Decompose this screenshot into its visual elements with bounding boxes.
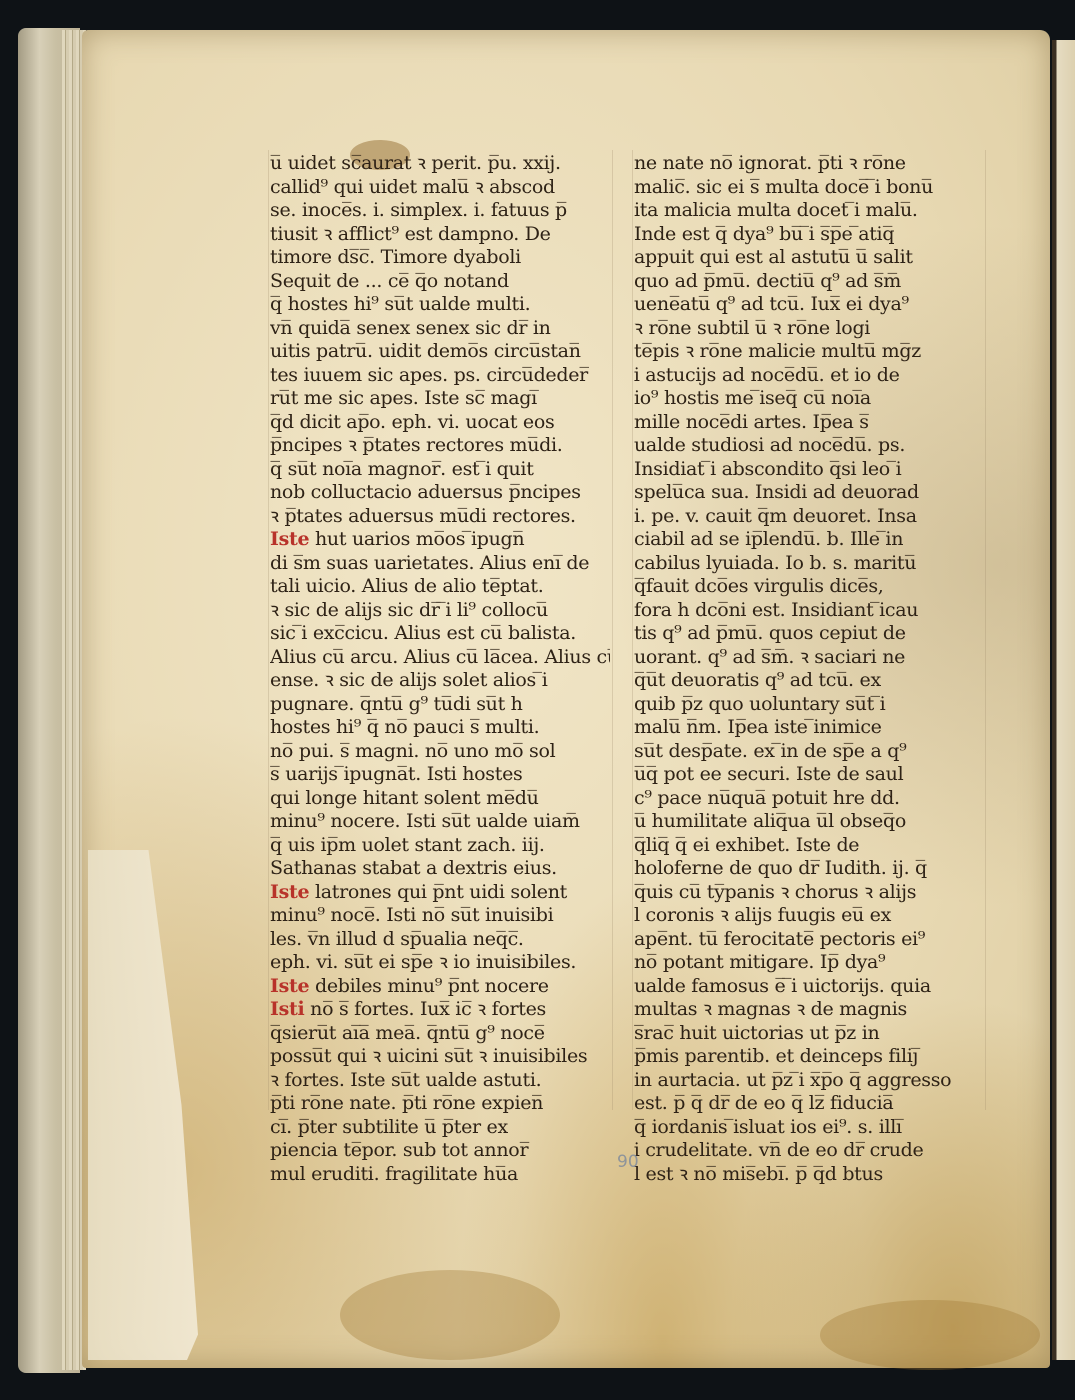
text-line: ne nat̅e no̅ ignorat. p̅ti ꝛ ro̅ne <box>634 152 974 176</box>
facing-page-edge <box>1052 40 1075 1360</box>
text-line: no̅ potant mitigare. Ip̅ dya⁹ <box>634 951 974 975</box>
text-line: Inde est q̅ dya⁹ bu̅ ̅i s̅p̅e ̅atiq̅ <box>634 223 974 247</box>
text-line: c⁹ pace nu̅qua̅ potuit h̅re dd̅. <box>634 787 974 811</box>
text-line: p̅ti ro̅ne nat̅e. p̅ti ro̅ne expien̅ <box>270 1092 610 1116</box>
text-line: Alius cu̅ arcu. Alius cu̅ la̅cea. Alius … <box>270 646 610 670</box>
text-line: les. v̅n illud d̅ sp̅ualia neq̅c̅. <box>270 928 610 952</box>
text-line: ̅i crudelitate. vn̅ de eo dr̅ crude <box>634 1139 974 1163</box>
text-line: s̅rac̅ h̅uit uictorias ut p̅z in <box>634 1022 974 1046</box>
text-line: eph. vi. su̅t ei sp̅e ꝛ io inuisibiles. <box>270 951 610 975</box>
text-line: q̅ iordanis ̅isluat ios ei⁹. s. illi̅ <box>634 1116 974 1140</box>
text-line: holoferne de quo dr̅ Iudith. ij. q̅ <box>634 857 974 881</box>
text-line: ru̅t me sic apes. Iste sc̅ magi̅ <box>270 387 610 411</box>
text-line: est. p̅ q̅ dr̅ de eo q̅ lz̅ fiducia̅ <box>634 1092 974 1116</box>
text-line: ꝛ p̅tates aduersus mu̅di rectores. <box>270 505 610 529</box>
text-line: ꝛ fortes. Iste su̅t ualde astuti. <box>270 1069 610 1093</box>
text-line: minu⁹ noce̅. Isti no̅ su̅t inuisibi <box>270 904 610 928</box>
text-line: q̅sieru̅t ai̅a̅ mea̅. q̅ntu̅ g⁹ noce̅ <box>270 1022 610 1046</box>
text-line: se. inoce̅s. i. simplex. i. fatuus p̅ <box>270 199 610 223</box>
text-line: vn̅ quida̅ senex senex sic dr̅ in <box>270 317 610 341</box>
text-line: q̅liq̅ q̅ ei exhibet. Iste de <box>634 834 974 858</box>
text-line: ita malicia multa docet ̅i malu̅. <box>634 199 974 223</box>
text-line: te̅pis ꝛ ro̅ne malicie mult̅u̅ mg̅z <box>634 340 974 364</box>
text-line: p̅mis parentib̅. et deinceps filij̅ <box>634 1045 974 1069</box>
text-line: l̅ est ꝛ no̅ mis̅ebi̅. p̅ q̅d b̅tus <box>634 1163 974 1187</box>
text-line: u̅ uidet sc̅aurat ꝛ perit. p̅u. xxij. <box>270 152 610 176</box>
rubric-initial: Iste <box>270 528 309 550</box>
text-line: io⁹ hostis me ̅iseq̅ cu̅ noi̅a <box>634 387 974 411</box>
text-line: uitis patru̅. uidit demo̅s circu̅stan̅ <box>270 340 610 364</box>
text-line: tiusit ꝛ afflict⁹ est dampno. De <box>270 223 610 247</box>
text-line: possu̅t qui ꝛ uicini su̅t ꝛ inuisibiles <box>270 1045 610 1069</box>
text-line: callid⁹ qui uidet malu̅ ꝛ abscod̅ <box>270 176 610 200</box>
text-line: q̅ su̅t noi̅a magnor̅. est ̅i quit <box>270 458 610 482</box>
text-line: ualde studiosi ad noce̅du̅. ps. <box>634 434 974 458</box>
text-line: q̅fauit dco̅es virgulis dice̅s, <box>634 575 974 599</box>
text-line: in aurtacia. ut p̅z ̅i x̅p̅o q̅ aggresso <box>634 1069 974 1093</box>
text-line: ciabil̅ ad se ip̅lendu̅. b. Ille ̅in <box>634 528 974 552</box>
text-line: tes iuuem sic apes. ps. circu̅deder̅ <box>270 364 610 388</box>
text-line: s̅ uarijs ̅ipugna̅t. Isti hostes <box>270 763 610 787</box>
text-line: q̅u̅t deuoratis q⁹ ad t̅cu̅. ex <box>634 669 974 693</box>
text-line: fora h̅ dco̅ni est. Insidiant̅ ̅icau <box>634 599 974 623</box>
text-line: timore d̅s̅c̅. Timore dyaboli <box>270 246 610 270</box>
text-line: piencia te̅por. sub tot annor̅ <box>270 1139 610 1163</box>
text-line: pugnare. q̅ntu̅ g⁹ tu̅di su̅t h̅ <box>270 693 610 717</box>
text-line: mul̅ eruditi. fragilitate hu̅a <box>270 1163 610 1187</box>
text-line: tali uicio. Alius de alio te̅ptat. <box>270 575 610 599</box>
text-line: su̅t desp̅ate. ex ̅in de sp̅e a q⁹ <box>634 740 974 764</box>
text-line: ̅i astucijs ad noce̅du̅. et io de <box>634 364 974 388</box>
text-line: Iste h̅ut uarios mo̅os ̅ipugn̅ <box>270 528 610 552</box>
text-line: spelu̅ca sua. Insidi ad deuorad̅ <box>634 481 974 505</box>
text-line: ꝛ sic de alijs sic dr̅ ̅i li⁹ collocu̅ <box>270 599 610 623</box>
text-line: Iste latrones qui p̅nt uidi solent <box>270 881 610 905</box>
text-line: Sequit̅ de ... ce̅ q̅o notand̅ <box>270 270 610 294</box>
text-line: qui longe h̅itant solent me̅du̅ <box>270 787 610 811</box>
text-line: q̅ uis ip̅m uolet stant zach. iij. <box>270 834 610 858</box>
text-line: q̅ hostes hi⁹ su̅t ualde multi. <box>270 293 610 317</box>
text-line: nob colluctacio aduersus p̅ncipes <box>270 481 610 505</box>
rubric-initial: Isti <box>270 998 304 1020</box>
text-line: malu̅ n̅m. Ip̅ea iste ̅inimice <box>634 716 974 740</box>
text-line: Iste debiles minu⁹ p̅nt nocere <box>270 975 610 999</box>
text-line: cabilus lyuiada. Io b. s. maritu̅ <box>634 552 974 576</box>
text-line: i. pe. v. cauit q̅m deuoret. Insa <box>634 505 974 529</box>
text-line: ꝛ ro̅ne subtil̅ u̅ ꝛ ro̅ne logi <box>634 317 974 341</box>
ruling-line <box>985 150 986 1110</box>
text-line: ape̅nt. tu̅ ferocitate̅ pectoris ei⁹ <box>634 928 974 952</box>
text-line: ci̅. p̅ter subtilit̅e u̅ p̅ter ex <box>270 1116 610 1140</box>
text-line: q̅d dicit ap̅o. eph. vi. uocat eos <box>270 411 610 435</box>
stain <box>340 1270 560 1360</box>
text-line: l̅ coronis ꝛ alijs fuugis eu̅ ex <box>634 904 974 928</box>
text-line: ense. ꝛ sic de alijs solet alios ̅i <box>270 669 610 693</box>
ruling-line <box>612 150 613 1110</box>
rubric-initial: Iste <box>270 975 309 997</box>
folio-number: 90 <box>617 1152 639 1172</box>
text-line: uorant. q⁹ ad s̅m̅. ꝛ saciari ne <box>634 646 974 670</box>
text-line: u̅q̅ pot ee securi. Iste de saul <box>634 763 974 787</box>
text-line: Sathanas stabat a dextris eius. <box>270 857 610 881</box>
text-line: sic ̅i exc̅cicu. Alius est cu̅ balista. <box>270 622 610 646</box>
text-line: quo ad p̅mu̅. dectiu̅ q⁹ ad s̅m̅ <box>634 270 974 294</box>
ruling-line <box>268 150 269 1110</box>
text-line: tis q⁹ ad p̅mu̅. quos cepiut de <box>634 622 974 646</box>
text-column-right: ne nat̅e no̅ ignorat. p̅ti ꝛ ro̅nemalic̅… <box>634 152 974 1186</box>
text-line: mille noce̅di artes. Ip̅ea s̅ <box>634 411 974 435</box>
text-line: q̅uis cu̅ ty̅panis ꝛ chorus ꝛ alijs <box>634 881 974 905</box>
text-line: appuit qui est al̅ astutu̅ u̅ salit̅ <box>634 246 974 270</box>
stain <box>820 1300 1040 1370</box>
text-line: u̅ humilitate aliq̅ua u̅l obseq̅o <box>634 810 974 834</box>
ruling-line <box>632 150 633 1110</box>
text-line: Insidiat̅ ̅i abscondito q̅si leo ̅i <box>634 458 974 482</box>
text-line: di s̅m suas uarietates. Alius eni̅ de <box>270 552 610 576</box>
text-line: minu⁹ nocere. Isti su̅t ualde uiam̅ <box>270 810 610 834</box>
text-line: no̅ pui. s̅ magni. no̅ uno mo̅ sol̅ <box>270 740 610 764</box>
text-line: quib̅ p̅z quo uoluntary su̅t ̅i <box>634 693 974 717</box>
text-column-left: u̅ uidet sc̅aurat ꝛ perit. p̅u. xxij.cal… <box>270 152 610 1186</box>
text-line: malic̅. sic ei s̅ multa doce̅ ̅i bonu̅ <box>634 176 974 200</box>
text-line: Isti no̅ s̅ fortes. Iux̅ ic̅ ꝛ fortes <box>270 998 610 1022</box>
text-line: multas ꝛ magnas ꝛ de magnis <box>634 998 974 1022</box>
text-line: ualde famosus e̅ ̅i uictorijs. quia <box>634 975 974 999</box>
text-line: uene̅atu̅ q⁹ ad t̅cu̅. Iux̅ ei dya⁹ <box>634 293 974 317</box>
text-line: p̅ncipes ꝛ p̅tates rectores mu̅di. <box>270 434 610 458</box>
rubric-initial: Iste <box>270 881 309 903</box>
text-line: hostes hi⁹ q̅ no̅ pauci s̅ multi. <box>270 716 610 740</box>
